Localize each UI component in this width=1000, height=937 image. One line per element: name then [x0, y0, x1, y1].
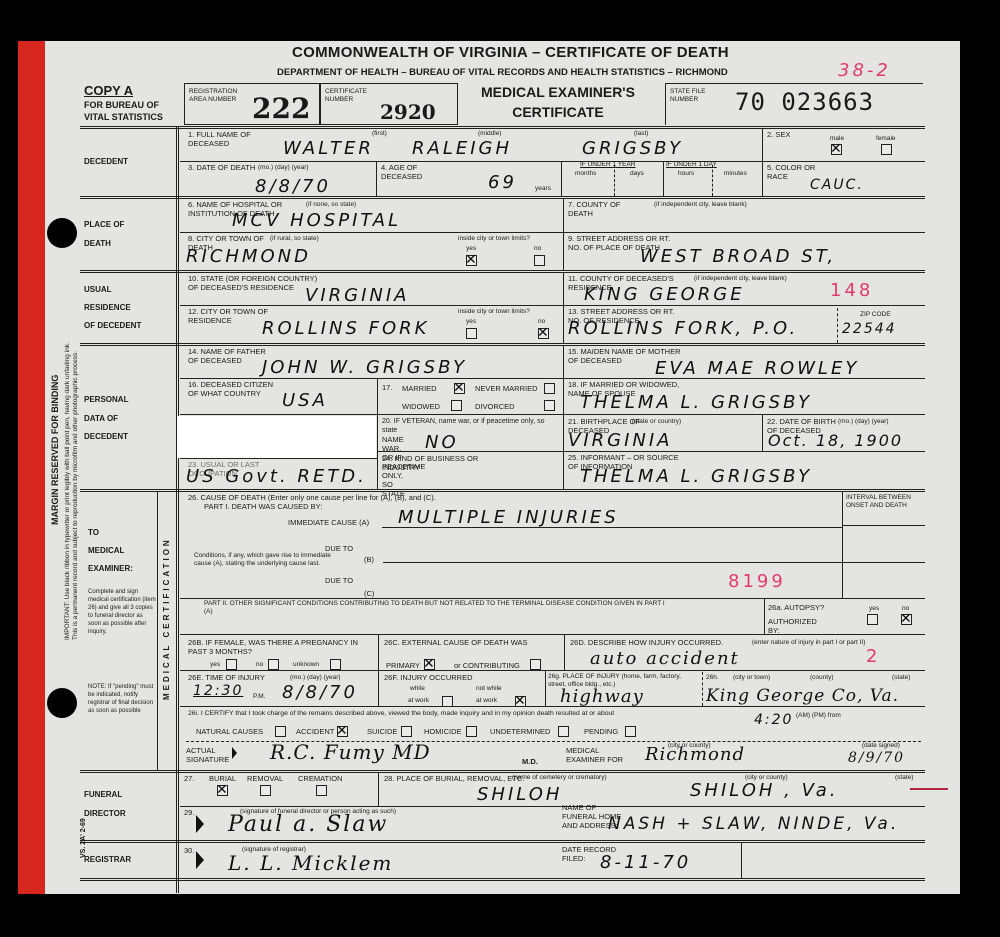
- divider: [180, 458, 377, 459]
- section-personal: DECEDENT: [84, 432, 128, 441]
- divider: [762, 414, 763, 452]
- spouse-name: THELMA L. GRIGSBY: [580, 392, 812, 413]
- field-label-29: 29.: [184, 808, 194, 817]
- divider: [383, 562, 842, 563]
- divider: [842, 492, 843, 598]
- first-header: (first): [372, 130, 387, 138]
- date-of-injury: 8/8/70: [282, 682, 358, 703]
- me-jurisdiction: Richmond: [645, 744, 745, 765]
- red-annotation: 38-2: [838, 60, 891, 81]
- never-married-checkbox[interactable]: [544, 383, 555, 394]
- inside-limits-label: inside city or town limits?: [458, 308, 530, 316]
- field-hint-22: (mo.) (day) (year): [838, 418, 889, 426]
- inside-limits-label: inside city or town limits?: [458, 235, 530, 243]
- section-personal: DATA OF: [84, 414, 118, 423]
- hours-label: hours: [678, 170, 694, 178]
- place-of-injury: highway: [560, 686, 644, 707]
- part-1-label: PART I. DEATH WAS CAUSED BY:: [204, 502, 322, 511]
- medical-certification-label: MEDICAL CERTIFICATION: [162, 537, 171, 700]
- arrow-icon: [196, 815, 204, 833]
- section-residence: RESIDENCE: [84, 303, 131, 312]
- section-residence: OF DECEDENT: [84, 321, 141, 330]
- section-place-of-death: DEATH: [84, 239, 111, 248]
- zip-label: ZIP CODE: [860, 311, 891, 319]
- divider: [563, 199, 564, 270]
- divider: [80, 840, 925, 843]
- divider: [561, 161, 562, 196]
- field-label-27: 27.: [184, 774, 194, 783]
- field-hint-6: (if none, so state): [306, 201, 356, 209]
- divider: [837, 308, 838, 343]
- residence-county: KING GEORGE: [584, 284, 745, 305]
- md-label: M.D.: [522, 757, 538, 766]
- cert-label: NUMBER: [325, 96, 353, 104]
- contributing-label: or CONTRIBUTING: [454, 661, 520, 670]
- divider: [764, 598, 765, 634]
- margin-binding-label: MARGIN RESERVED FOR BINDING: [50, 375, 60, 525]
- divider: [80, 878, 925, 881]
- am-pm-label: (AM) (PM) from: [796, 712, 841, 720]
- informant: THELMA L. GRIGSBY: [580, 466, 812, 487]
- field-hint-8: (if rural, so state): [270, 235, 319, 243]
- veteran-status: NO: [425, 432, 459, 453]
- field-hint-11: (if independent city, leave blank): [694, 275, 787, 283]
- divider: [180, 161, 925, 162]
- me-instructions: Complete and sign medical certification …: [88, 588, 156, 636]
- me-signature: R.C. Fumy MD: [270, 740, 431, 764]
- conditions-label: Conditions, if any, which gave rise to i…: [194, 552, 334, 568]
- field-label-26c: 26c. EXTERNAL CAUSE OF DEATH WAS: [384, 638, 528, 647]
- how-injury-occurred: auto accident: [590, 648, 740, 669]
- divider: [180, 305, 925, 306]
- under-1-day: IF UNDER 1 DAY: [666, 161, 717, 169]
- b-label: (B): [364, 555, 374, 564]
- married-label: MARRIED: [402, 384, 437, 393]
- suicide-label: SUICIDE: [367, 727, 397, 736]
- me-note: NOTE: If "pending" must be indicated, no…: [88, 683, 156, 715]
- divider: [180, 670, 925, 671]
- widowed-label: WIDOWED: [402, 402, 440, 411]
- natural-causes-checkbox[interactable]: [275, 726, 286, 737]
- field-label-4: 4. AGE OF DECEASED: [381, 163, 441, 181]
- pregnancy-yes-checkbox[interactable]: [226, 659, 237, 670]
- pregnancy-unknown-checkbox[interactable]: [330, 659, 341, 670]
- registrar-signature: L. L. Micklem: [228, 851, 393, 875]
- section-decedent: DECEDENT: [84, 157, 128, 166]
- arrow-icon: [232, 747, 237, 759]
- burial-checkbox[interactable]: [217, 785, 228, 796]
- field-label-26h: 26h.: [706, 674, 719, 682]
- pregnancy-no-checkbox[interactable]: [268, 659, 279, 670]
- residence-inside-limits-yes-checkbox[interactable]: [466, 328, 477, 339]
- first-name: WALTER: [283, 138, 374, 159]
- section-to-me: TO: [88, 528, 99, 537]
- days-label: days: [630, 170, 644, 178]
- field-label-14: 14. NAME OF FATHER OF DECEASED: [188, 347, 268, 365]
- date-of-birth: Oct. 18, 1900: [768, 431, 903, 450]
- divorced-label: DIVORCED: [475, 402, 515, 411]
- part-2-label: PART II. OTHER SIGNIFICANT CONDITIONS CO…: [204, 600, 674, 616]
- divider: [180, 598, 925, 599]
- divider: [180, 232, 925, 233]
- field-label-26e: 26e. TIME OF INJURY: [188, 673, 265, 682]
- divider: [80, 770, 925, 773]
- yes-label: yes: [869, 605, 879, 613]
- while-label: while: [410, 685, 425, 693]
- divider: [157, 492, 158, 770]
- field-label-10: 10. STATE (OR FOREIGN COUNTRY) OF DECEAS…: [188, 274, 318, 292]
- natural-causes-label: NATURAL CAUSES: [196, 727, 263, 736]
- injury-location: King George Co, Va.: [706, 686, 899, 706]
- sex-male-checkbox[interactable]: [831, 144, 842, 155]
- field-label-17: 17.: [382, 383, 392, 392]
- pending-checkbox[interactable]: [625, 726, 636, 737]
- accident-checkbox[interactable]: [337, 726, 348, 737]
- divider: [180, 706, 925, 707]
- date-header: (mo.) (day) (year): [258, 164, 309, 172]
- last-name: GRIGSBY: [582, 138, 683, 159]
- divider: [842, 562, 925, 563]
- field-label-20: 20. IF VETERAN, name war, or if peacetim…: [382, 417, 552, 435]
- injury-code: 2: [866, 646, 880, 667]
- certificate-number: 2920: [380, 100, 436, 124]
- under-1-year: IF UNDER 1 YEAR: [580, 161, 636, 169]
- divider: [80, 270, 925, 273]
- interval-label: INTERVAL BETWEEN ONSET AND DEATH: [846, 494, 926, 510]
- primary-label: PRIMARY: [386, 661, 420, 670]
- red-margin-strip: [18, 41, 45, 894]
- due-to-label: DUE TO: [325, 576, 353, 585]
- birthplace: VIRGINIA: [568, 430, 672, 451]
- never-married-label: NEVER MARRIED: [475, 384, 538, 393]
- field-hint-7: (if independent city, leave blank): [654, 201, 747, 209]
- divider: [180, 806, 925, 807]
- field-hint-21: (state or country): [632, 418, 681, 426]
- divider: [563, 346, 564, 489]
- document-title: COMMONWEALTH OF VIRGINIA – CERTIFICATE O…: [292, 44, 729, 61]
- date-signed-header: (date signed): [862, 742, 900, 750]
- middle-header: (middle): [478, 130, 501, 138]
- copy-sub: VITAL STATISTICS: [84, 112, 163, 122]
- cause-code: 8199: [728, 571, 786, 592]
- form-title: MEDICAL EXAMINER'S: [468, 84, 648, 100]
- married-checkbox[interactable]: [454, 383, 465, 394]
- divider: [377, 451, 925, 452]
- cert-label: CERTIFICATE: [325, 88, 367, 96]
- section-to-me: MEDICAL: [88, 546, 124, 555]
- margin-important-1: IMPORTANT: Use black ribbon in typewrite…: [64, 340, 71, 640]
- divider: [563, 273, 564, 343]
- registration-area-number: 222: [252, 92, 310, 125]
- divider: [377, 378, 378, 489]
- field-label-24: 24. KIND OF BUSINESS OR INDUSTRY: [382, 454, 492, 472]
- actual-signature-label: ACTUAL SIGNATURE: [186, 746, 236, 764]
- divider: [180, 414, 925, 415]
- state-file-label: NUMBER: [670, 96, 698, 104]
- field-label-30: 30.: [184, 846, 194, 855]
- no-label: no: [534, 245, 541, 253]
- at-work-label: at work: [476, 697, 497, 705]
- field-label-26d: 26d. DESCRIBE HOW INJURY OCCURRED.: [570, 638, 723, 647]
- reg-area-label: REGISTRATION: [189, 88, 237, 96]
- divider: [842, 525, 925, 526]
- autopsy-label: 26a. AUTOPSY?: [768, 603, 824, 612]
- divider: [80, 343, 925, 346]
- date-of-death: 8/8/70: [255, 176, 331, 197]
- undetermined-label: UNDETERMINED: [490, 727, 550, 736]
- authorized-by-label: AUTHORIZED BY:: [768, 617, 818, 635]
- divider: [180, 634, 925, 635]
- widowed-checkbox[interactable]: [451, 400, 462, 411]
- divider: [80, 196, 925, 199]
- field-label-12: 12. CITY OR TOWN OF RESIDENCE: [188, 307, 268, 325]
- citizenship: USA: [282, 390, 328, 411]
- divider: [80, 126, 925, 129]
- unknown-label: unknown: [293, 661, 319, 669]
- divider: [702, 672, 703, 706]
- state-header: (state): [895, 774, 913, 782]
- divider: [80, 489, 925, 492]
- undetermined-checkbox[interactable]: [558, 726, 569, 737]
- time-of-injury: 12:30: [193, 683, 243, 699]
- form-title: CERTIFICATE: [468, 104, 648, 120]
- document-subtitle: DEPARTMENT OF HEALTH – BUREAU OF VITAL R…: [277, 67, 728, 78]
- residence-street: ROLLINS FORK, P.O.: [568, 318, 798, 339]
- cause-a: MULTIPLE INJURIES: [398, 507, 619, 528]
- field-label-7: 7. COUNTY OF DEATH: [568, 200, 638, 218]
- divider: [614, 165, 615, 196]
- immediate-cause-label: IMMEDIATE CAUSE (A): [288, 518, 369, 527]
- primary-checkbox[interactable]: [424, 659, 435, 670]
- divider: [663, 161, 664, 196]
- divider: [376, 161, 377, 196]
- suicide-checkbox[interactable]: [401, 726, 412, 737]
- field-label-2: 2. SEX: [767, 130, 790, 139]
- death-inside-limits-yes-checkbox[interactable]: [466, 255, 477, 266]
- yes-label: yes: [466, 318, 476, 326]
- section-personal: PERSONAL: [84, 395, 128, 404]
- field-hint-26e: (mo.) (day) (year): [290, 674, 341, 682]
- county-code: 148: [830, 280, 873, 301]
- minutes-label: minutes: [724, 170, 747, 178]
- no-label: no: [256, 661, 263, 669]
- middle-name: RALEIGH: [412, 138, 512, 159]
- punch-hole-icon: [47, 218, 77, 248]
- autopsy-yes-checkbox[interactable]: [867, 614, 878, 625]
- death-street: WEST BROAD ST,: [640, 246, 836, 267]
- burial-place: SHILOH , Va.: [690, 780, 839, 801]
- removal-label: REMOVAL: [247, 774, 283, 783]
- divider: [564, 634, 565, 670]
- field-label-26f: 26f. INJURY OCCURRED: [384, 673, 473, 682]
- not-while-label: not while: [476, 685, 502, 693]
- residence-inside-limits-no-checkbox[interactable]: [538, 328, 549, 339]
- accident-label: ACCIDENT: [296, 727, 334, 736]
- punch-hole-icon: [47, 688, 77, 718]
- divider: [176, 126, 179, 893]
- field-label-16: 16. DECEASED CITIZEN OF WHAT COUNTRY: [188, 380, 278, 398]
- funeral-director-signature: Paul a. Slaw: [228, 812, 388, 837]
- state-header: (state): [892, 674, 910, 682]
- field-label-26: 26. CAUSE OF DEATH (Enter only one cause…: [188, 493, 688, 502]
- cemetery-name: SHILOH: [477, 784, 562, 805]
- homicide-checkbox[interactable]: [466, 726, 477, 737]
- state-file-number: 70 023663: [735, 88, 874, 116]
- margin-important-2: This is a permanent record and subject t…: [72, 340, 79, 640]
- homicide-label: HOMICIDE: [424, 727, 462, 736]
- pending-label: PENDING: [584, 727, 618, 736]
- date-signed: 8/9/70: [848, 750, 905, 766]
- occupation: US Govt. RETD.: [186, 466, 367, 487]
- date-filed: 8-11-70: [600, 852, 691, 873]
- years-label: years: [535, 185, 551, 193]
- hospital-name: MCV HOSPITAL: [232, 210, 401, 231]
- divider: [382, 527, 842, 528]
- contributing-checkbox[interactable]: [530, 659, 541, 670]
- cremation-checkbox[interactable]: [316, 785, 327, 796]
- arrow-icon: [196, 851, 204, 869]
- state-file-label: STATE FILE: [670, 88, 706, 96]
- me-for-label: MEDICAL EXAMINER FOR: [566, 746, 636, 764]
- section-funeral: FUNERAL: [84, 790, 122, 799]
- reg-area-label: AREA NUMBER: [189, 96, 236, 104]
- section-funeral: DIRECTOR: [84, 809, 126, 818]
- field-label-26i: 26i. I CERTIFY that I took charge of the…: [188, 710, 688, 717]
- zip-code: 22544: [842, 321, 897, 337]
- pm-label: P.M.: [253, 693, 266, 701]
- residence-state: VIRGINIA: [305, 285, 409, 306]
- funeral-home: NASH + SLAW, NINDE, Va.: [608, 814, 899, 834]
- residence-city: ROLLINS FORK: [262, 318, 429, 339]
- section-place-of-death: PLACE OF: [84, 220, 124, 229]
- divider: [378, 772, 379, 806]
- section-residence: USUAL: [84, 285, 112, 294]
- section-to-me: EXAMINER:: [88, 564, 133, 573]
- at-work-label: at work: [408, 697, 429, 705]
- cremation-label: CREMATION: [298, 774, 342, 783]
- field-hint-26d: (enter nature of injury in part I or par…: [752, 639, 865, 647]
- copy-sub: FOR BUREAU OF: [84, 100, 159, 110]
- red-mark: [910, 788, 948, 790]
- death-city: RICHMOND: [186, 246, 311, 267]
- field-label-3: 3. DATE OF DEATH: [188, 163, 258, 172]
- last-header: (last): [634, 130, 648, 138]
- cemetery-header: (name of cemetery or crematory): [512, 774, 607, 782]
- death-inside-limits-no-checkbox[interactable]: [534, 255, 545, 266]
- age: 69: [488, 172, 517, 193]
- divider: [762, 128, 763, 196]
- removal-checkbox[interactable]: [260, 785, 271, 796]
- c-label: (C): [364, 589, 374, 598]
- race: CAUC.: [810, 177, 864, 193]
- divider: [545, 670, 546, 706]
- section-registrar: REGISTRAR: [84, 855, 131, 864]
- field-label-28: 28. PLACE OF BURIAL, REMOVAL, ETC.: [384, 774, 524, 783]
- divider: [741, 842, 742, 878]
- father-name: JOHN W. GRIGSBY: [262, 357, 467, 378]
- county-header: (county): [810, 674, 833, 682]
- divider: [712, 165, 713, 196]
- redacted-field: [177, 416, 376, 458]
- field-label-1: 1. FULL NAME OF DECEASED: [188, 130, 258, 148]
- death-time: 4:20: [754, 712, 793, 728]
- divorced-checkbox[interactable]: [544, 400, 555, 411]
- autopsy-no-checkbox[interactable]: [901, 614, 912, 625]
- sex-female-label: female: [876, 135, 896, 143]
- field-label-26b: 26b. IF FEMALE, WAS THERE A PREGNANCY IN…: [188, 638, 368, 656]
- copy-label: COPY A: [84, 83, 133, 98]
- form-code: VS. 2A' 2-69: [80, 818, 87, 858]
- months-label: months: [575, 170, 596, 178]
- city-town-header: (city or town): [733, 674, 770, 682]
- divider: [180, 378, 925, 379]
- yes-label: yes: [210, 661, 220, 669]
- mother-maiden-name: EVA MAE ROWLEY: [655, 358, 859, 379]
- sex-female-checkbox[interactable]: [881, 144, 892, 155]
